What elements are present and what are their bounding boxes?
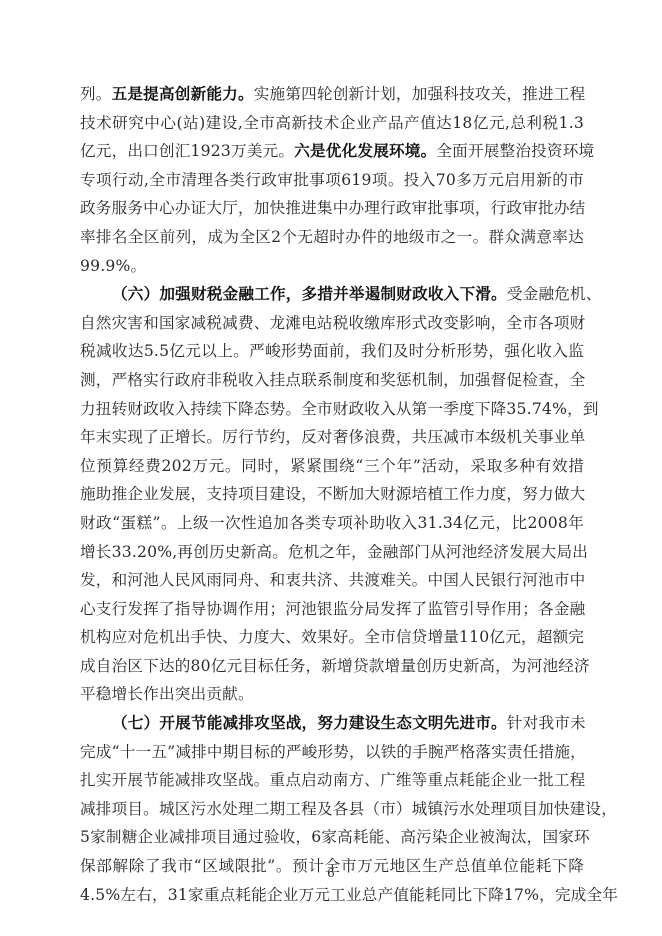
body-text: 扎实开展节能减排攻坚战。重点启动南方、广维等重点耗能企业一批工程: [80, 771, 585, 789]
text-line: 99.9%。: [80, 252, 584, 281]
text-line: 施助推企业发展，支持项目建设，不断加大财源培植工作力度，努力做大: [80, 480, 584, 509]
paragraph: （六）加强财税金融工作，多措并举遏制财政收入下滑。受金融危机、自然灾害和国家减税…: [80, 280, 584, 709]
text-line: 技术研究中心(站)建设,全市高新技术企业产品产值达18亿元,总利税1.3: [80, 109, 584, 138]
text-line: 增长33.20%,再创历史新高。危机之年，金融部门从河池经济发展大局出: [80, 538, 584, 567]
text-line: 专项行动,全市清理各类行政审批事项619项。投入70多万元启用新的市: [80, 166, 584, 195]
text-line: （六）加强财税金融工作，多措并举遏制财政收入下滑。受金融危机、: [80, 280, 584, 309]
body-text: 机构应对危机出手快、力度大、效果好。全市信贷增量110亿元，超额完: [80, 628, 584, 646]
text-line: 完成“十一五”减排中期目标的严峻形势，以铁的手腕严格落实责任措施，: [80, 738, 584, 767]
body-text: 减排项目。城区污水处理二期工程及各县（市）城镇污水处理项目加快建设，: [80, 800, 617, 818]
body-text: 发，和河池人民风雨同舟、和衷共济、共渡难关。中国人民银行河池市中: [80, 571, 585, 589]
document-page: 列。五是提高创新能力。实施第四轮创新计划，加强科技攻关，推进工程技术研究中心(站…: [0, 0, 662, 936]
body-text: 力扭转财政收入持续下降态势。全市财政收入从第一季度下降35.74%，到: [80, 400, 599, 418]
bold-heading-text: （六）加强财税金融工作，多措并举遏制财政收入下滑。: [112, 284, 507, 303]
body-text: 心支行发挥了指导协调作用；河池银监分局发挥了监管引导作用；各金融: [80, 600, 585, 618]
text-line: 机构应对危机出手快、力度大、效果好。全市信贷增量110亿元，超额完: [80, 623, 584, 652]
bold-heading-text: 六是优化发展环境。: [294, 141, 436, 160]
body-text: 受金融危机、: [507, 285, 602, 303]
text-line: 心支行发挥了指导协调作用；河池银监分局发挥了监管引导作用；各金融: [80, 595, 584, 624]
text-line: 位预算经费202万元。同时，紧紧围绕“三个年”活动，采取多种有效措: [80, 452, 584, 481]
body-text: 99.9%。: [80, 257, 146, 275]
body-text: 税减收达5.5亿元以上。严峻形势面前，我们及时分析形势，强化收入监: [80, 342, 584, 360]
body-text: 政务服务中心办证大厅，加快推进集中办理行政审批事项，行政审批办结: [80, 199, 585, 217]
body-text: 年末实现了正增长。厉行节约，反对奢侈浪费，共压减市本级机关事业单: [80, 428, 585, 446]
text-line: 财政“蛋糕”。上级一次性追加各类专项补助收入31.34亿元，比2008年: [80, 509, 584, 538]
body-text: 平稳增长作出突出贡献。: [80, 685, 254, 703]
document-body: 列。五是提高创新能力。实施第四轮创新计划，加强科技攻关，推进工程技术研究中心(站…: [80, 80, 584, 909]
body-text: 财政“蛋糕”。上级一次性追加各类专项补助收入31.34亿元，比2008年: [80, 514, 584, 532]
paragraph: 列。五是提高创新能力。实施第四轮创新计划，加强科技攻关，推进工程技术研究中心(站…: [80, 80, 584, 280]
body-text: 5家制糖企业减排项目通过验收，6家高耗能、高污染企业被淘汰，国家环: [80, 828, 590, 846]
body-text: 位预算经费202万元。同时，紧紧围绕“三个年”活动，采取多种有效措: [80, 457, 584, 475]
text-line: 率排名全区前列，成为全区2个无超时办件的地级市之一。群众满意率达: [80, 223, 584, 252]
text-line: 税减收达5.5亿元以上。严峻形势面前，我们及时分析形势，强化收入监: [80, 337, 584, 366]
body-text: 率排名全区前列，成为全区2个无超时办件的地级市之一。群众满意率达: [80, 228, 584, 246]
bold-heading-text: 五是提高创新能力。: [112, 84, 254, 103]
text-line: 自然灾害和国家减税减费、龙滩电站税收缴库形式改变影响，全市各项财: [80, 309, 584, 338]
text-line: 列。五是提高创新能力。实施第四轮创新计划，加强科技攻关，推进工程: [80, 80, 584, 109]
text-line: 扎实开展节能减排攻坚战。重点启动南方、广维等重点耗能企业一批工程: [80, 766, 584, 795]
body-text: 完成“十一五”减排中期目标的严峻形势，以铁的手腕严格落实责任措施，: [80, 743, 586, 761]
body-text: 实施第四轮创新计划，加强科技攻关，推进工程: [254, 85, 586, 103]
body-text: 成自治区下达的80亿元目标任务，新增贷款增量创历史新高，为河池经济: [80, 657, 590, 675]
body-text: 自然灾害和国家减税减费、龙滩电站税收缴库形式改变影响，全市各项财: [80, 314, 585, 332]
text-line: 5家制糖企业减排项目通过验收，6家高耗能、高污染企业被淘汰，国家环: [80, 823, 584, 852]
body-text: 针对我市未: [507, 714, 586, 732]
text-line: 成自治区下达的80亿元目标任务，新增贷款增量创历史新高，为河池经济: [80, 652, 584, 681]
body-text: 施助推企业发展，支持项目建设，不断加大财源培植工作力度，努力做大: [80, 485, 585, 503]
bold-heading-text: （七）开展节能减排攻坚战，努力建设生态文明先进市。: [112, 713, 507, 732]
text-line: （七）开展节能减排攻坚战，努力建设生态文明先进市。针对我市未: [80, 709, 584, 738]
body-text: 列。: [80, 85, 112, 103]
body-text: 测，严格实行政府非税收入挂点联系制度和奖惩机制，加强督促检查，全: [80, 371, 585, 389]
body-text: 4.5%左右，31家重点耗能企业万元工业总产值能耗同比下降17%，完成全年: [80, 886, 618, 904]
text-line: 平稳增长作出突出贡献。: [80, 680, 584, 709]
text-line: 力扭转财政收入持续下降态势。全市财政收入从第一季度下降35.74%，到: [80, 395, 584, 424]
text-line: 4.5%左右，31家重点耗能企业万元工业总产值能耗同比下降17%，完成全年: [80, 881, 584, 910]
body-text: 亿元，出口创汇1923万美元。: [80, 142, 294, 160]
text-line: 年末实现了正增长。厉行节约，反对奢侈浪费，共压减市本级机关事业单: [80, 423, 584, 452]
text-line: 减排项目。城区污水处理二期工程及各县（市）城镇污水处理项目加快建设，: [80, 795, 584, 824]
text-line: 亿元，出口创汇1923万美元。六是优化发展环境。全面开展整治投资环境: [80, 137, 584, 166]
page-number: 6: [0, 866, 662, 880]
text-line: 测，严格实行政府非税收入挂点联系制度和奖惩机制，加强督促检查，全: [80, 366, 584, 395]
body-text: 增长33.20%,再创历史新高。危机之年，金融部门从河池经济发展大局出: [80, 543, 588, 561]
body-text: 技术研究中心(站)建设,全市高新技术企业产品产值达18亿元,总利税1.3: [80, 114, 584, 132]
text-line: 发，和河池人民风雨同舟、和衷共济、共渡难关。中国人民银行河池市中: [80, 566, 584, 595]
body-text: 专项行动,全市清理各类行政审批事项619项。投入70多万元启用新的市: [80, 171, 584, 189]
body-text: 全面开展整治投资环境: [436, 142, 594, 160]
text-line: 政务服务中心办证大厅，加快推进集中办理行政审批事项，行政审批办结: [80, 194, 584, 223]
